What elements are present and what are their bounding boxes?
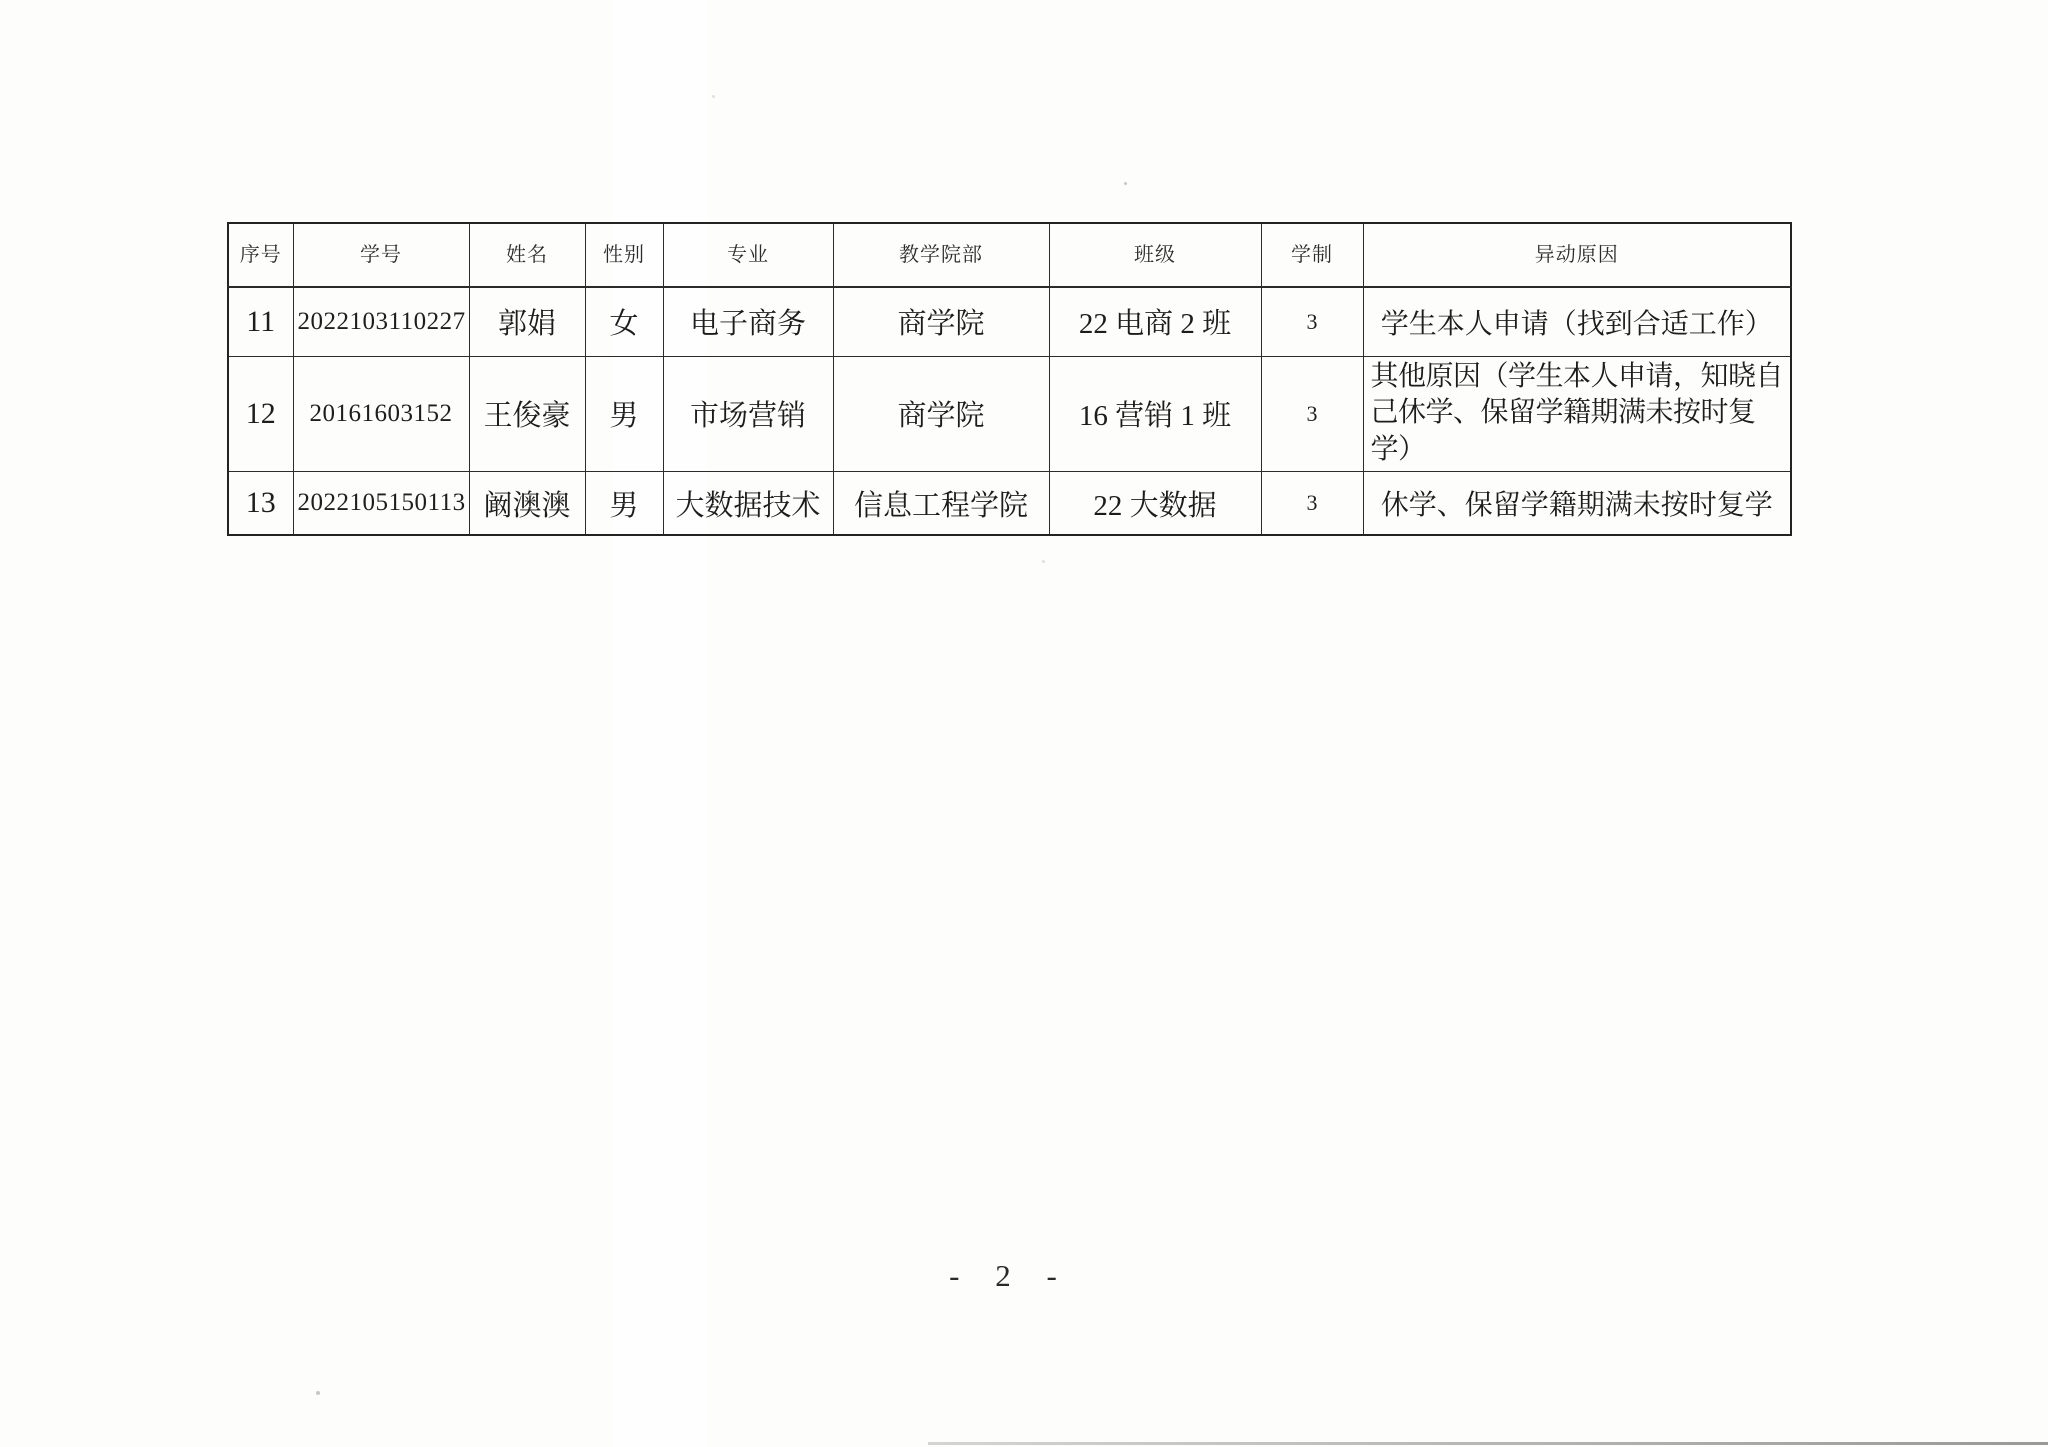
scan-speck (712, 95, 715, 98)
cell-duration: 3 (1261, 287, 1363, 356)
table-row: 12 20161603152 王俊豪 男 市场营销 商学院 16 营销 1 班 … (228, 356, 1791, 472)
document-page: 序号 学号 姓名 性别 专业 教学院部 班级 学制 异动原因 11 202210… (0, 0, 2048, 1447)
cell-duration: 3 (1261, 472, 1363, 535)
scanner-light-band (612, 0, 708, 1447)
col-header-student-id: 学号 (293, 223, 469, 287)
scan-speck (316, 1391, 320, 1395)
scan-edge-artifact (928, 1442, 2048, 1445)
col-header-name: 姓名 (469, 223, 585, 287)
cell-class: 16 营销 1 班 (1049, 356, 1261, 472)
cell-name: 郭娟 (469, 287, 585, 356)
col-header-class: 班级 (1049, 223, 1261, 287)
cell-department: 信息工程学院 (833, 472, 1049, 535)
scan-speck (1042, 560, 1045, 563)
cell-department: 商学院 (833, 356, 1049, 472)
cell-department: 商学院 (833, 287, 1049, 356)
table-row: 11 2022103110227 郭娟 女 电子商务 商学院 22 电商 2 班… (228, 287, 1791, 356)
cell-no: 11 (228, 287, 293, 356)
col-header-major: 专业 (663, 223, 833, 287)
cell-name: 王俊豪 (469, 356, 585, 472)
cell-no: 12 (228, 356, 293, 472)
student-change-table: 序号 学号 姓名 性别 专业 教学院部 班级 学制 异动原因 11 202210… (227, 222, 1792, 536)
col-header-no: 序号 (228, 223, 293, 287)
cell-gender: 男 (585, 356, 663, 472)
cell-student-id: 20161603152 (293, 356, 469, 472)
cell-gender: 女 (585, 287, 663, 356)
cell-class: 22 大数据 (1049, 472, 1261, 535)
cell-major: 大数据技术 (663, 472, 833, 535)
cell-student-id: 2022103110227 (293, 287, 469, 356)
table-header-row: 序号 学号 姓名 性别 专业 教学院部 班级 学制 异动原因 (228, 223, 1791, 287)
cell-reason: 休学、保留学籍期满未按时复学 (1363, 472, 1791, 535)
cell-duration: 3 (1261, 356, 1363, 472)
col-header-duration: 学制 (1261, 223, 1363, 287)
cell-no: 13 (228, 472, 293, 535)
scan-speck (1124, 182, 1127, 185)
page-number: - 2 - (0, 1258, 2020, 1294)
cell-reason: 学生本人申请（找到合适工作） (1363, 287, 1791, 356)
col-header-department: 教学院部 (833, 223, 1049, 287)
cell-reason: 其他原因（学生本人申请，知晓自己休学、保留学籍期满未按时复学） (1363, 356, 1791, 472)
cell-name: 阚澳澳 (469, 472, 585, 535)
cell-major: 市场营销 (663, 356, 833, 472)
cell-class: 22 电商 2 班 (1049, 287, 1261, 356)
col-header-reason: 异动原因 (1363, 223, 1791, 287)
col-header-gender: 性别 (585, 223, 663, 287)
cell-major: 电子商务 (663, 287, 833, 356)
cell-student-id: 2022105150113 (293, 472, 469, 535)
cell-gender: 男 (585, 472, 663, 535)
table-row: 13 2022105150113 阚澳澳 男 大数据技术 信息工程学院 22 大… (228, 472, 1791, 535)
